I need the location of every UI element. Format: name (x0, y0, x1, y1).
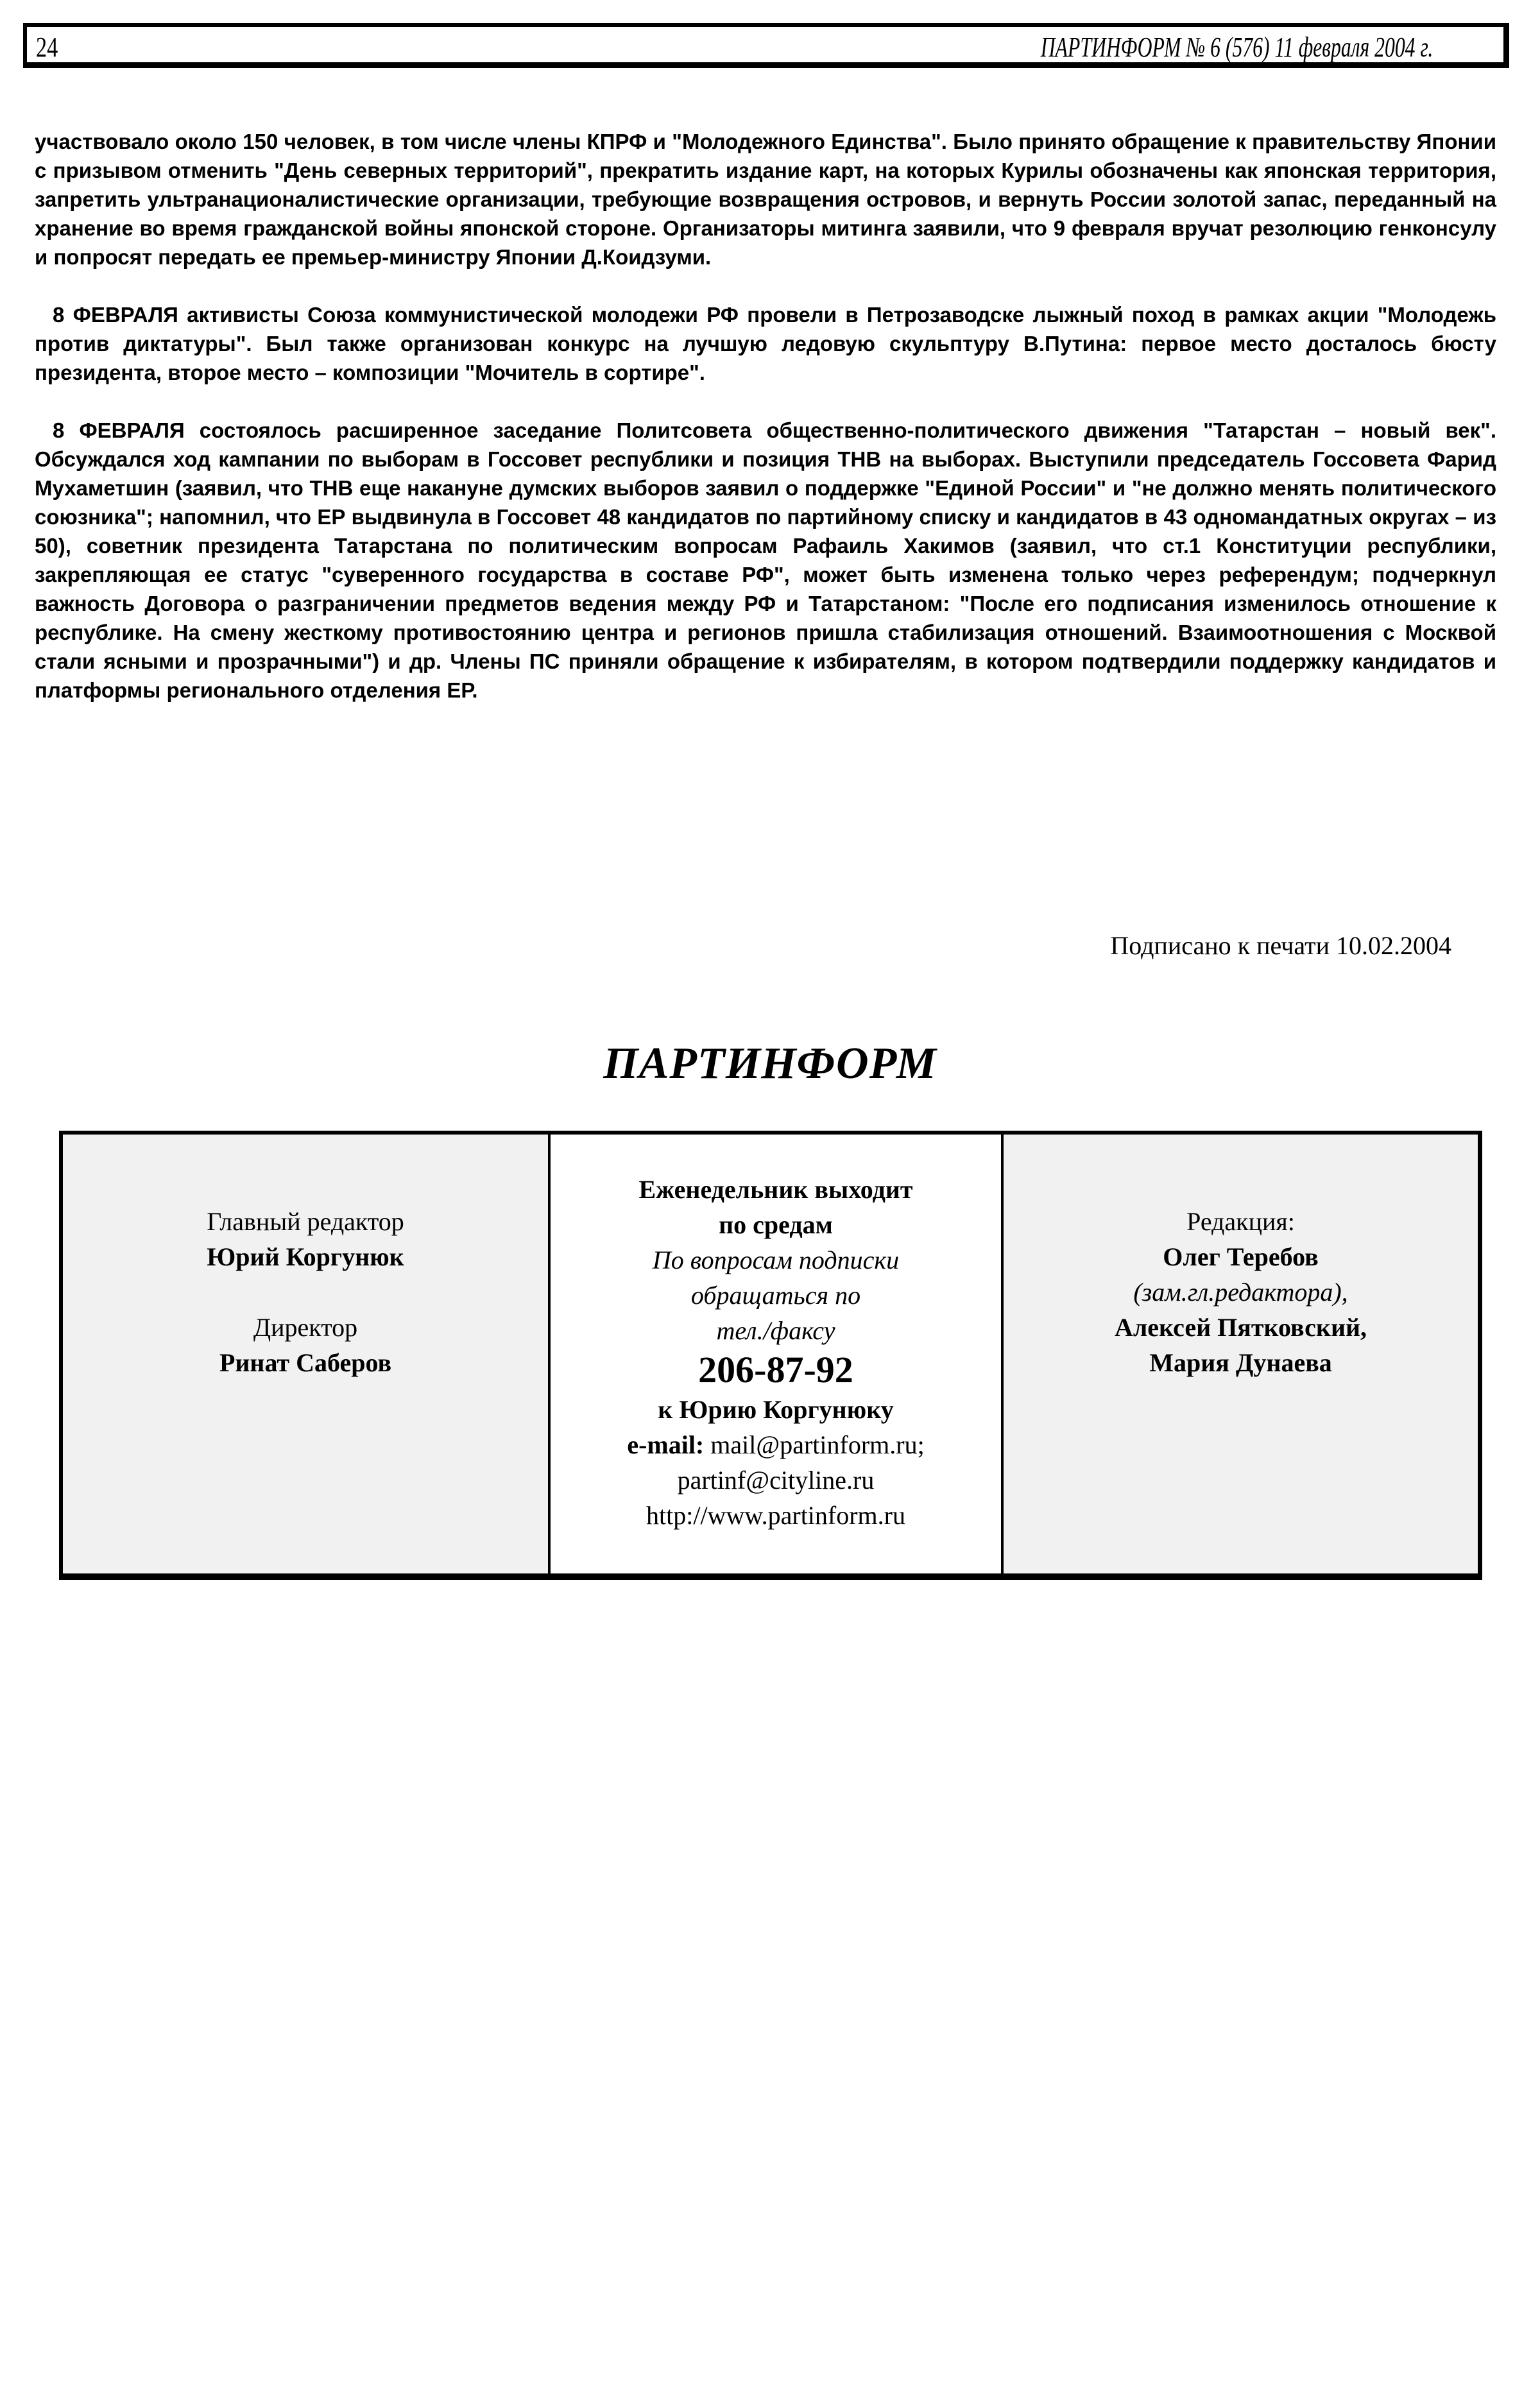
article-body: участвовало около 150 человек, в том чис… (35, 127, 1496, 733)
paragraph-text: состоялось расширенное заседание Политсо… (35, 418, 1496, 702)
staff-label: Редакция: (1186, 1204, 1295, 1239)
subscription-note: тел./факсу (716, 1313, 835, 1348)
running-header: 24 ПАРТИНФОРМ № 6 (576) 11 февраля 2004 … (23, 23, 1509, 68)
staff-name: Мария Дунаева (1149, 1345, 1332, 1380)
email-link-main[interactable]: mail@partinform.ru; (710, 1430, 924, 1459)
director-role: Директор (253, 1310, 357, 1345)
imprint-contacts: Еженедельник выходит по средам По вопрос… (551, 1135, 1004, 1573)
masthead-title: ПАРТИНФОРМ (0, 1038, 1540, 1090)
date-lead: 8 ФЕВРАЛЯ (53, 303, 178, 327)
imprint-staff: Редакция: Олег Теребов (зам.гл.редактора… (1004, 1135, 1478, 1573)
article-paragraph: 8 ФЕВРАЛЯ состоялось расширенное заседан… (35, 416, 1496, 705)
paragraph-text: активисты Союза коммунистической молодеж… (35, 303, 1496, 384)
paragraph-text: участвовало около 150 человек, в том чис… (35, 130, 1496, 269)
contact-person: к Юрию Коргунюку (658, 1392, 893, 1427)
phone-number: 206-87-92 (698, 1350, 853, 1391)
email-link-alt[interactable]: partinf@cityline.ru (678, 1462, 875, 1498)
staff-name: Олег Теребов (1163, 1239, 1318, 1274)
website-link[interactable]: http://www.partinform.ru (646, 1498, 905, 1533)
subscription-note: обращаться по (691, 1278, 860, 1313)
page-number: 24 (36, 32, 58, 63)
issue-line: ПАРТИНФОРМ № 6 (576) 11 февраля 2004 г. (1040, 32, 1433, 63)
director-name: Ринат Саберов (219, 1345, 391, 1380)
staff-role: (зам.гл.редактора), (1133, 1274, 1347, 1310)
schedule-line: Еженедельник выходит (639, 1172, 913, 1207)
article-paragraph: 8 ФЕВРАЛЯ активисты Союза коммунистическ… (35, 300, 1496, 387)
schedule-line: по средам (719, 1207, 833, 1242)
editor-name: Юрий Коргунюк (207, 1239, 404, 1274)
email-line: e-mail: mail@partinform.ru; (627, 1427, 924, 1462)
imprint-table: Главный редактор Юрий Коргунюк Директор … (59, 1131, 1482, 1580)
staff-name: Алексей Пятковский, (1115, 1310, 1367, 1345)
signed-to-print: Подписано к печати 10.02.2004 (1110, 930, 1451, 961)
article-paragraph: участвовало около 150 человек, в том чис… (35, 127, 1496, 271)
editor-role: Главный редактор (207, 1204, 404, 1239)
imprint-leadership: Главный редактор Юрий Коргунюк Директор … (63, 1135, 551, 1573)
date-lead: 8 ФЕВРАЛЯ (53, 418, 185, 442)
email-label: e-mail: (627, 1430, 704, 1459)
subscription-note: По вопросам подписки (653, 1242, 899, 1278)
